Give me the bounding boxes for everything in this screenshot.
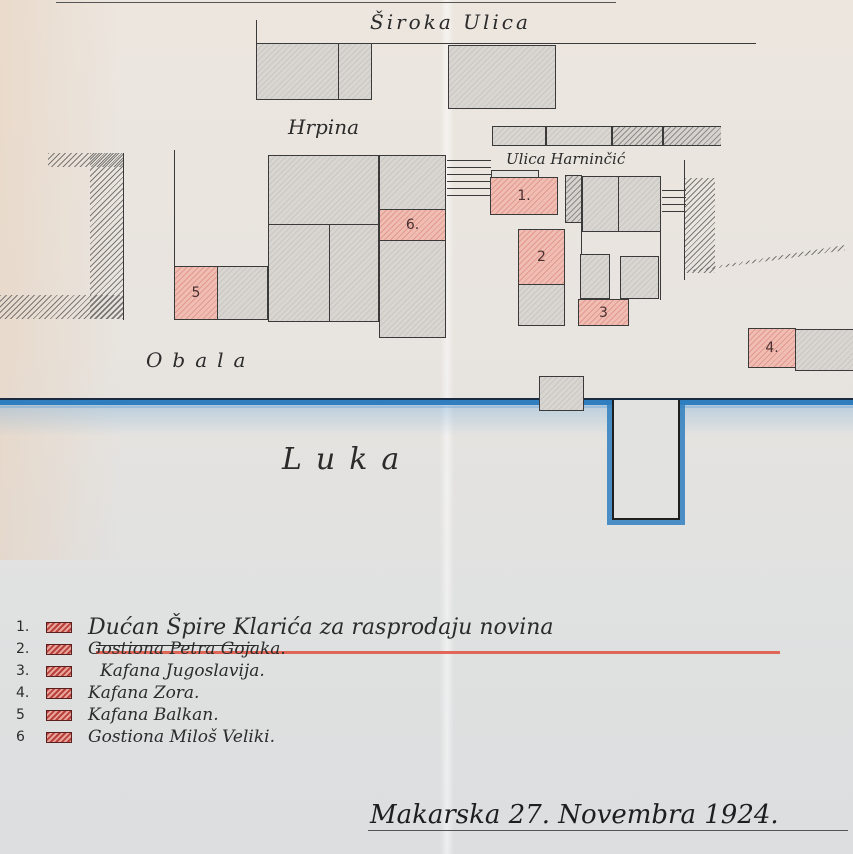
building [268,224,330,322]
pier [612,400,680,520]
label-siroka-ulica: Široka Ulica [370,10,531,34]
building [379,240,446,338]
building-1: 1. [490,177,558,215]
building [565,175,582,223]
wall-edge [123,153,124,320]
legend-swatch [46,688,72,699]
building [448,45,556,109]
top-border-line [56,2,616,3]
building [582,176,619,232]
legend-swatch [46,732,72,743]
legend-swatch [46,622,72,633]
legend-swatch [46,710,72,721]
legend-swatch [46,666,72,677]
building [256,43,339,100]
building [612,126,663,146]
label-hrpina: Hrpina [288,115,359,139]
building [329,224,379,322]
legend-item-6: 6 Gostiona Miloš Veliki. [16,726,554,748]
harbor-kiosk [539,376,584,411]
building-2: 2 [518,229,565,285]
legend-item-4: 4. Kafana Zora. [16,682,554,704]
legend: 1. Dućan Špire Klarića za rasprodaju nov… [16,616,554,748]
building [492,126,546,146]
building-6: 6. [379,209,446,241]
building [546,126,612,146]
legend-item-2: 2. Gostiona Petra Gojaka. [16,638,554,660]
building-4: 4. [748,328,796,368]
label-luka: Luka [282,442,413,477]
label-obala: Obala [146,348,255,372]
building-3: 3 [578,299,629,326]
building [268,155,379,225]
building [379,155,446,210]
legend-item-3: 3. Kafana Jugoslavija. [16,660,554,682]
building [217,266,268,320]
stairs [447,160,491,196]
building [663,126,721,146]
ruin-left [0,295,124,319]
building [620,256,659,299]
ruin-right [685,178,715,273]
legend-item-1: 1. Dućan Špire Klarića za rasprodaju nov… [16,616,554,638]
label-ulica-harnincic: Ulica Harninčić [506,150,625,168]
building [518,284,565,326]
building [618,176,661,232]
stairs [662,190,686,214]
building [795,329,853,371]
legend-item-5: 5 Kafana Balkan. [16,704,554,726]
signature-underline [368,830,848,831]
place-date-signature: Makarska 27. Novembra 1924. [370,800,779,830]
building [338,43,372,100]
building-5: 5 [174,266,218,320]
building [580,254,610,299]
legend-swatch [46,644,72,655]
street-edge [256,20,257,44]
wall-edge [660,232,661,300]
shore-water-tint [0,406,853,436]
